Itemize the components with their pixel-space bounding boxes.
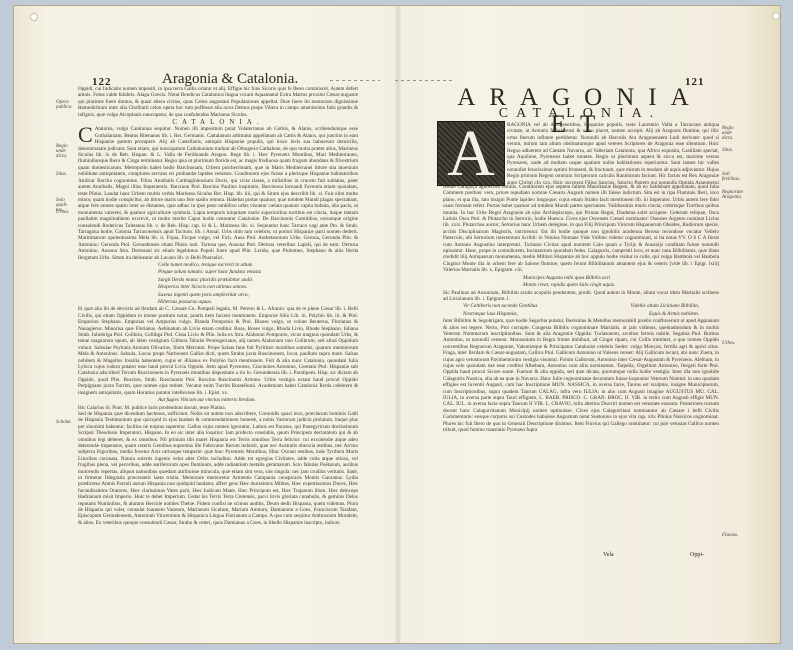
margin-note: Soli fertilitas. [722, 172, 744, 182]
catalonia-paragraph: CAtalonia, vulgo Catalunna sequitur. Nom… [78, 126, 358, 261]
verse-line: Hesperios inter Sicoris non ultimus amne… [78, 284, 358, 290]
dropcap-c: C [78, 126, 93, 144]
margin-note: Situs. [56, 172, 76, 177]
second-paragraph: Hodie Caragoça agnoscitur nobilis. Condi… [443, 184, 719, 274]
margin-note: Regnorum Aragonia. [722, 190, 744, 200]
inline-verse: Aut fugies Viticam aut vinctus mitteris … [78, 397, 358, 403]
ruled-line [330, 80, 380, 81]
margin-note: Opera publica. [56, 100, 76, 110]
closing-paragraph: Sed de Hispania quæ dicendum hactenus, s… [78, 411, 358, 526]
margin-note: Urbes. [722, 341, 744, 346]
opening-paragraph: Oppidi, cui Indicatio nomen impositi, in… [78, 86, 358, 118]
verse-line: Saxeus ingenti quem pons amplectitur arc… [78, 292, 358, 298]
binding-hole-left [30, 13, 38, 21]
margin-note: Fluvius. [722, 533, 744, 538]
verse-line: Pingue solum tumulo: super hunc fundata … [78, 269, 358, 275]
verse-line: Municipes Augusta mihi quos Bilbilis acr… [443, 275, 719, 281]
third-paragraph: Sic Paulinus ad Ausonium, Bilbilim acuti… [443, 290, 719, 303]
intro-beside-dropcap: RAGONIA vel ab Aurigeneribus, Hispaniæ p… [507, 122, 719, 184]
verse-line: Hibernas passurus aquas. [78, 299, 358, 305]
section-heading: CATALONIA. [78, 119, 358, 125]
binding-hole-right [772, 12, 780, 20]
right-page-body: Hodie Caragoça agnoscitur nobilis. Condi… [443, 184, 719, 549]
margin-note: Scholæ. [56, 420, 76, 425]
center-fold [395, 6, 401, 643]
dropcap-a: A [447, 124, 495, 184]
margin-note: Regio unde dicta. [56, 144, 76, 159]
verse-line: Monte creat, rapidis quem Salo cingit aq… [443, 282, 719, 288]
catchword-right: Oppi- [690, 552, 704, 558]
verse-line: Colle tumet modico, lenique excrevit in … [78, 262, 358, 268]
verse-line: Surgit Ilerda manu: placidis prælabitur … [78, 277, 358, 283]
margin-note: Situs. [722, 148, 744, 153]
margin-note: Regio unde dicta. [722, 126, 744, 141]
verse-pair: Nostræque laus Hispaniæ, Equis & Armis n… [443, 311, 719, 317]
left-page-body: Oppidi, cui Indicatio nomen impositi, in… [78, 86, 358, 526]
ruled-line [395, 80, 455, 81]
margin-note: Urbes. [56, 210, 76, 215]
fourth-paragraph: Inter Bilbilim & Segobrigam, quæ hodie S… [443, 318, 719, 433]
after-verse-paragraph: Et quæ alia ibi de devictis ad Ilerdam a… [78, 306, 358, 396]
catchword-center: Vela [603, 552, 614, 558]
verse-pair: Vir Celtiberis non tacende Gentibus Vide… [443, 303, 719, 309]
ornamental-dropcap: A [437, 121, 505, 186]
